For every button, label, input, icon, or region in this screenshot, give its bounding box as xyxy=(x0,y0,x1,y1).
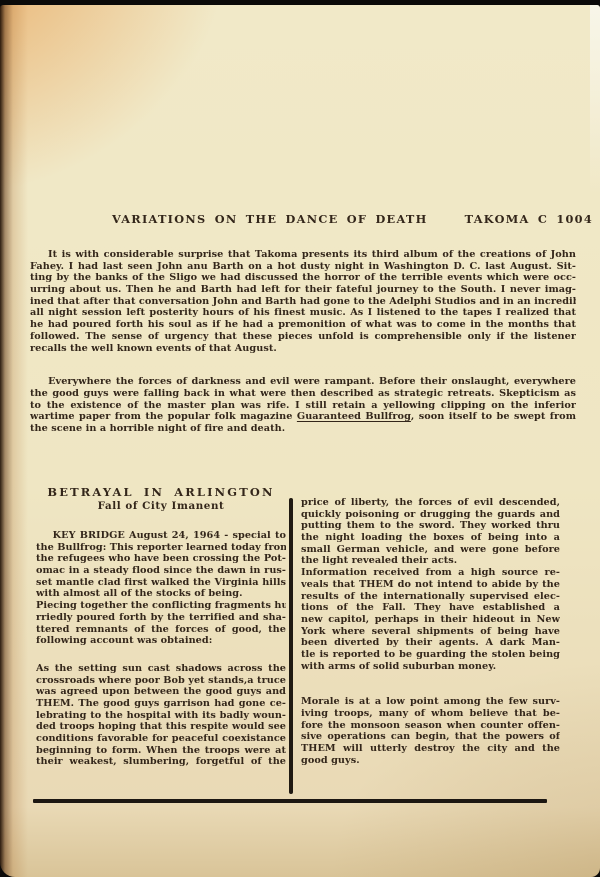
album-title: VARIATIONS ON THE DANCE OF DEATH xyxy=(112,212,428,226)
intro-paragraph-1: It is with considerable surprise that Ta… xyxy=(30,249,576,354)
intro-paragraph-2: Everywhere the forces of darkness and ev… xyxy=(30,376,576,434)
article-subheadline: Fall of City Imanent xyxy=(36,500,286,512)
catalog-number: TAKOMA C 1004 xyxy=(465,212,593,226)
page-title-row: VARIATIONS ON THE DANCE OF DEATHTAKOMA C… xyxy=(30,212,576,226)
column-divider-rule xyxy=(289,498,293,794)
left-column-paragraph-1: KEY BRIDGE August 24, 1964 - special tot… xyxy=(36,530,286,600)
news-clipping-columns: BETRAYAL IN ARLINGTON Fall of City Imane… xyxy=(36,485,560,794)
article-headline: BETRAYAL IN ARLINGTON xyxy=(36,485,286,499)
right-column: price of liberty, the forces of evil des… xyxy=(301,497,560,794)
right-column-paragraph-1: price of liberty, the forces of evil des… xyxy=(301,497,560,567)
bottom-rule xyxy=(33,799,547,803)
left-column-paragraph-2: Piecing together the conflicting fragmen… xyxy=(36,600,286,647)
left-column: BETRAYAL IN ARLINGTON Fall of City Imane… xyxy=(36,485,286,794)
scanned-liner-notes-page: VARIATIONS ON THE DANCE OF DEATHTAKOMA C… xyxy=(0,5,600,877)
right-column-paragraph-3: Morale is at a low point among the few s… xyxy=(301,696,560,766)
intro-section: It is with considerable surprise that Ta… xyxy=(30,249,576,435)
right-column-paragraph-2: Information received from a high source … xyxy=(301,567,560,672)
left-column-paragraph-3: As the setting sun cast shadows across t… xyxy=(36,663,286,768)
